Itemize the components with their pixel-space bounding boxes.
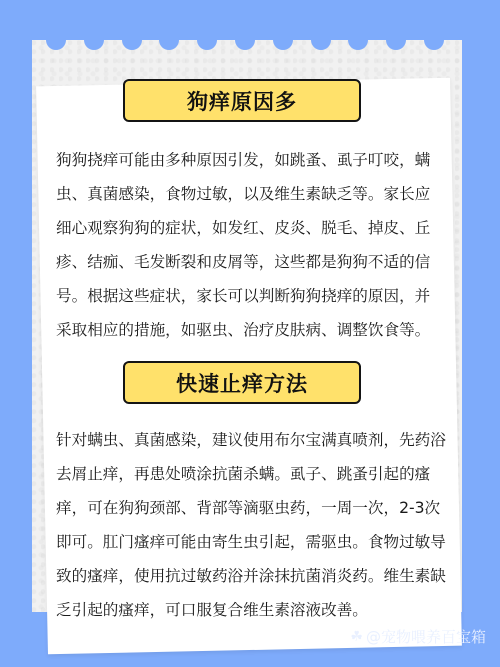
- text-line: 虫、真菌感染，食物过敏，以及维生素缺乏等。家长应: [56, 177, 456, 211]
- scallop-notch: [84, 40, 104, 50]
- scallop-notch: [235, 40, 255, 50]
- paw-icon: ☘: [350, 629, 363, 645]
- watermark: ☘ @宠物喂养百宝箱: [350, 626, 486, 647]
- text-line: 痒，可在狗狗颈部、背部等滴驱虫药，一周一次，2-3次: [56, 491, 456, 525]
- scallop-notch: [197, 40, 217, 50]
- scalloped-edge: [32, 40, 462, 54]
- section-title-text: 快速止痒方法: [176, 368, 308, 398]
- section-title-remedies: 快速止痒方法: [123, 361, 361, 404]
- scallop-notch: [424, 40, 444, 50]
- scallop-notch: [159, 40, 179, 50]
- scallop-notch: [273, 40, 293, 50]
- text-line: 针对螨虫、真菌感染，建议使用布尔宝满真喷剂，先药浴: [56, 423, 456, 457]
- text-line: 细心观察狗狗的症状，如发红、皮炎、脱毛、掉皮、丘: [56, 211, 456, 245]
- scallop-notch: [311, 40, 331, 50]
- scallop-notch: [386, 40, 406, 50]
- section-title-text: 狗痒原因多: [187, 86, 297, 116]
- scallop-notch: [122, 40, 142, 50]
- text-line: 即可。肛门瘙痒可能由寄生虫引起，需驱虫。食物过敏导: [56, 525, 456, 559]
- causes-paragraph: 狗狗挠痒可能由多种原因引发，如跳蚤、虱子叮咬，螨 虫、真菌感染，食物过敏，以及维…: [56, 143, 456, 347]
- scallop-notch: [46, 40, 66, 50]
- text-line: 疹、结痂、毛发断裂和皮屑等，这些都是狗狗不适的信: [56, 245, 456, 279]
- section-title-causes: 狗痒原因多: [123, 79, 361, 122]
- watermark-text: @宠物喂养百宝箱: [366, 626, 486, 647]
- text-line: 致的瘙痒，使用抗过敏药浴并涂抹抗菌消炎药。维生素缺: [56, 559, 456, 593]
- remedies-paragraph: 针对螨虫、真菌感染，建议使用布尔宝满真喷剂，先药浴 去屑止痒，再患处喷涂抗菌杀螨…: [56, 423, 456, 627]
- text-line: 乏引起的瘙痒，可口服复合维生素溶液改善。: [56, 593, 456, 627]
- text-line: 去屑止痒，再患处喷涂抗菌杀螨。虱子、跳蚤引起的瘙: [56, 457, 456, 491]
- scallop-notch: [348, 40, 368, 50]
- text-line: 号。根据这些症状，家长可以判断狗狗挠痒的原因，并: [56, 279, 456, 313]
- text-line: 采取相应的措施，如驱虫、治疗皮肤病、调整饮食等。: [56, 313, 456, 347]
- text-line: 狗狗挠痒可能由多种原因引发，如跳蚤、虱子叮咬，螨: [56, 143, 456, 177]
